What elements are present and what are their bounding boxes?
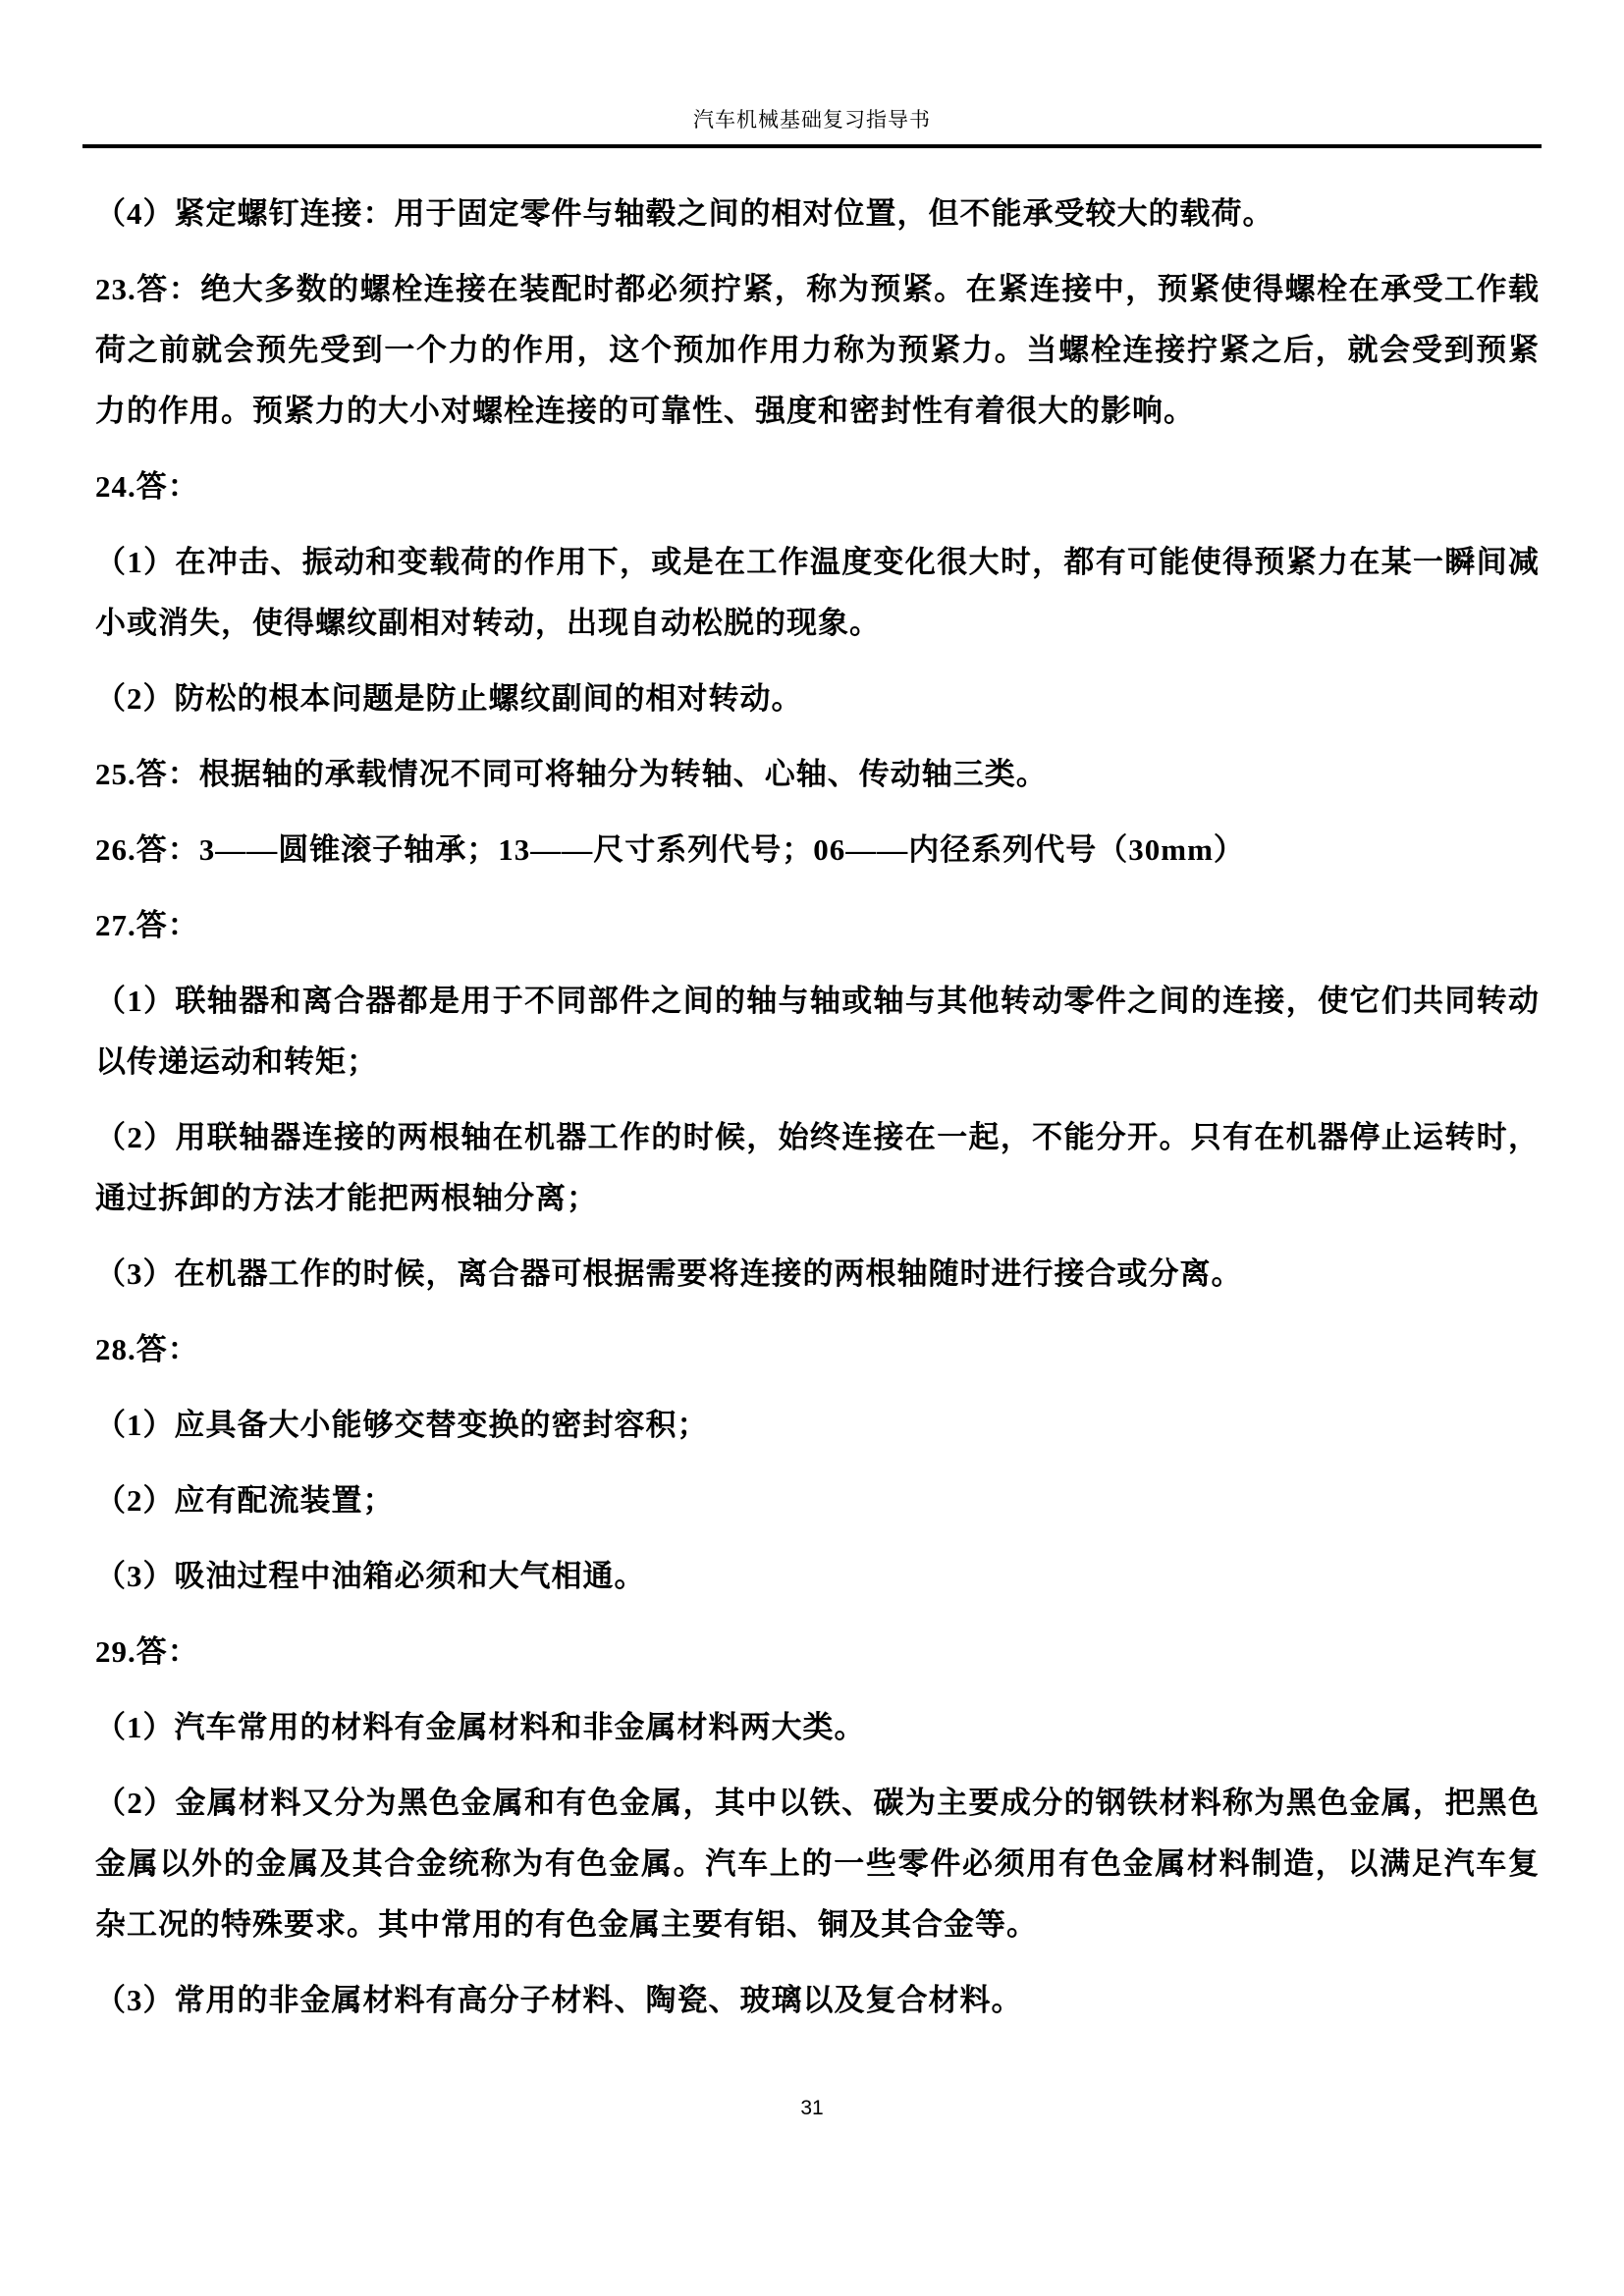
paragraph: 28.答： xyxy=(95,1319,1540,1380)
paragraph: （2）防松的根本问题是防止螺纹副间的相对转动。 xyxy=(95,668,1540,729)
document-page: 汽车机械基础复习指导书 （4）紧定螺钉连接：用于固定零件与轴毂之间的相对位置，但… xyxy=(0,0,1624,2296)
header-title: 汽车机械基础复习指导书 xyxy=(0,104,1624,133)
paragraph: 25.答：根据轴的承载情况不同可将轴分为转轴、心轴、传动轴三类。 xyxy=(95,744,1540,805)
paragraph: 24.答： xyxy=(95,456,1540,517)
document-body: （4）紧定螺钉连接：用于固定零件与轴毂之间的相对位置，但不能承受较大的载荷。23… xyxy=(95,184,1540,2031)
paragraph: （2）用联轴器连接的两根轴在机器工作的时候，始终连接在一起，不能分开。只有在机器… xyxy=(95,1107,1540,1229)
page-header: 汽车机械基础复习指导书 xyxy=(0,0,1624,148)
paragraph: 29.答： xyxy=(95,1622,1540,1682)
paragraph: （2）金属材料又分为黑色金属和有色金属，其中以铁、碳为主要成分的钢铁材料称为黑色… xyxy=(95,1773,1540,1955)
header-rule-divider xyxy=(82,144,1542,148)
paragraph: 27.答： xyxy=(95,895,1540,956)
paragraph: （3）常用的非金属材料有高分子材料、陶瓷、玻璃以及复合材料。 xyxy=(95,1970,1540,2031)
page-number: 31 xyxy=(800,2097,823,2119)
paragraph: （3）吸油过程中油箱必须和大气相通。 xyxy=(95,1546,1540,1607)
paragraph: （1）联轴器和离合器都是用于不同部件之间的轴与轴或轴与其他转动零件之间的连接，使… xyxy=(95,971,1540,1093)
page-footer: 31 xyxy=(0,2097,1624,2120)
paragraph: 23.答：绝大多数的螺栓连接在装配时都必须拧紧，称为预紧。在紧连接中，预紧使得螺… xyxy=(95,259,1540,442)
paragraph: （1）在冲击、振动和变载荷的作用下，或是在工作温度变化很大时，都有可能使得预紧力… xyxy=(95,532,1540,654)
paragraph: （3）在机器工作的时候，离合器可根据需要将连接的两根轴随时进行接合或分离。 xyxy=(95,1244,1540,1305)
paragraph: （1）汽车常用的材料有金属材料和非金属材料两大类。 xyxy=(95,1697,1540,1758)
paragraph: 26.答：3——圆锥滚子轴承；13——尺寸系列代号；06——内径系列代号（30m… xyxy=(95,820,1540,881)
paragraph: （1）应具备大小能够交替变换的密封容积； xyxy=(95,1395,1540,1456)
paragraph: （2）应有配流装置； xyxy=(95,1470,1540,1531)
paragraph: （4）紧定螺钉连接：用于固定零件与轴毂之间的相对位置，但不能承受较大的载荷。 xyxy=(95,184,1540,244)
